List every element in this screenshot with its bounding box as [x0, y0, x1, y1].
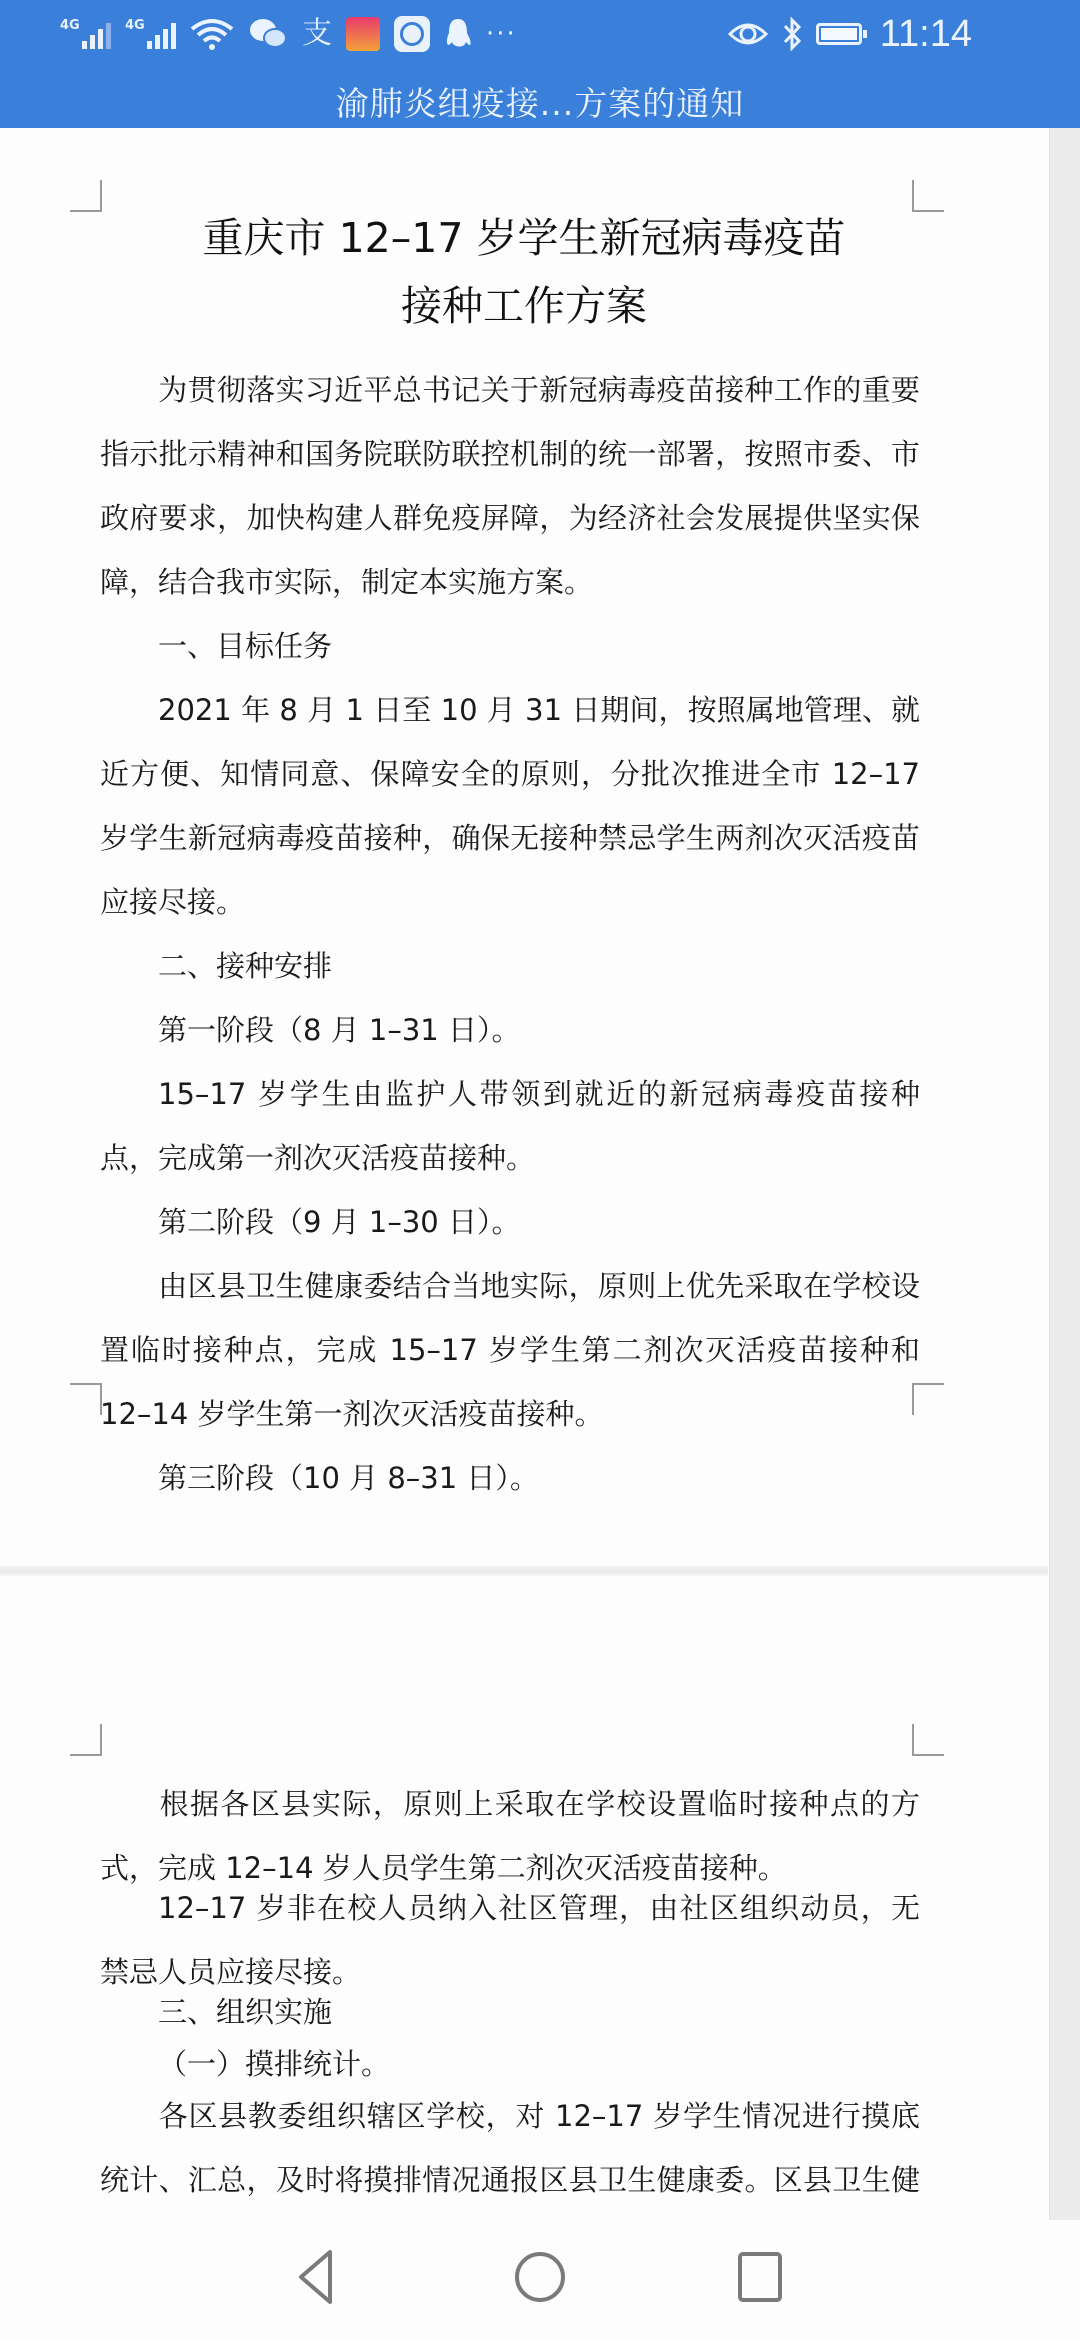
4g-signal-icon-sim1: 4G: [60, 19, 111, 49]
phase-1-paragraph: 15–17 岁学生由监护人带领到就近的新冠病毒疫苗接种点，完成第一剂次灭活疫苗接…: [100, 1062, 920, 1190]
network-type-label: 4G: [125, 19, 145, 32]
phase-2-paragraph: 由区县卫生健康委结合当地实际，原则上优先采取在学校设置临时接种点，完成 15–1…: [100, 1254, 920, 1446]
status-bar: 4G 4G 支 ···: [0, 0, 1080, 70]
status-right: 11:14: [728, 14, 972, 54]
back-button[interactable]: [285, 2242, 355, 2312]
document-page-1[interactable]: 重庆市 12–17 岁学生新冠病毒疫苗 接种工作方案 为贯彻落实习近平总书记关于…: [0, 128, 1048, 1568]
app-notification-icon: [346, 17, 380, 51]
alipay-icon: 支: [302, 17, 332, 51]
top-bar: 4G 4G 支 ···: [0, 0, 1080, 128]
navigation-bar: [0, 2220, 1080, 2340]
more-notifications-icon: ···: [486, 24, 517, 44]
crop-mark-bottom-right: [912, 1383, 944, 1415]
section-heading-1: 一、目标任务: [100, 614, 920, 678]
crop-mark-top-left: [70, 1724, 102, 1756]
wifi-icon: [190, 17, 234, 51]
status-left: 4G 4G 支 ···: [60, 14, 517, 54]
clock: 11:14: [880, 13, 972, 56]
phase-3-heading: 第三阶段（10 月 8–31 日）。: [100, 1446, 920, 1510]
recent-apps-button[interactable]: [725, 2242, 795, 2312]
document-page-2[interactable]: 根据各区县实际，原则上采取在学校设置临时接种点的方式，完成 12–14 岁人员学…: [0, 1576, 1048, 2276]
browser-app-icon: [394, 16, 430, 52]
bluetooth-icon: [782, 17, 802, 51]
document-header-title: 渝肺炎组疫接...方案的通知: [0, 78, 1080, 125]
network-type-label: 4G: [60, 19, 80, 32]
phase-1-heading: 第一阶段（8 月 1–31 日）。: [100, 998, 920, 1062]
4g-signal-icon-sim2: 4G: [125, 19, 176, 49]
document-title-line-2: 接种工作方案: [0, 276, 1048, 336]
crop-mark-top-right: [912, 1724, 944, 1756]
phase-2-heading: 第二阶段（9 月 1–30 日）。: [100, 1190, 920, 1254]
scrollbar[interactable]: [1049, 128, 1080, 2220]
document-title-line-1: 重庆市 12–17 岁学生新冠病毒疫苗: [0, 208, 1048, 268]
page-break: [0, 1566, 1048, 1576]
wechat-icon: [248, 17, 288, 51]
crop-mark-bottom-left: [70, 1383, 102, 1415]
paragraph-intro: 为贯彻落实习近平总书记关于新冠病毒疫苗接种工作的重要指示批示精神和国务院联防联控…: [100, 358, 920, 614]
section-heading-2: 二、接种安排: [100, 934, 920, 998]
paragraph-target-task: 2021 年 8 月 1 日至 10 月 31 日期间，按照属地管理、就近方便、…: [100, 678, 920, 934]
battery-icon: [816, 23, 862, 45]
home-button[interactable]: [505, 2242, 575, 2312]
qq-icon: [444, 17, 472, 51]
eye-comfort-icon: [728, 19, 768, 49]
